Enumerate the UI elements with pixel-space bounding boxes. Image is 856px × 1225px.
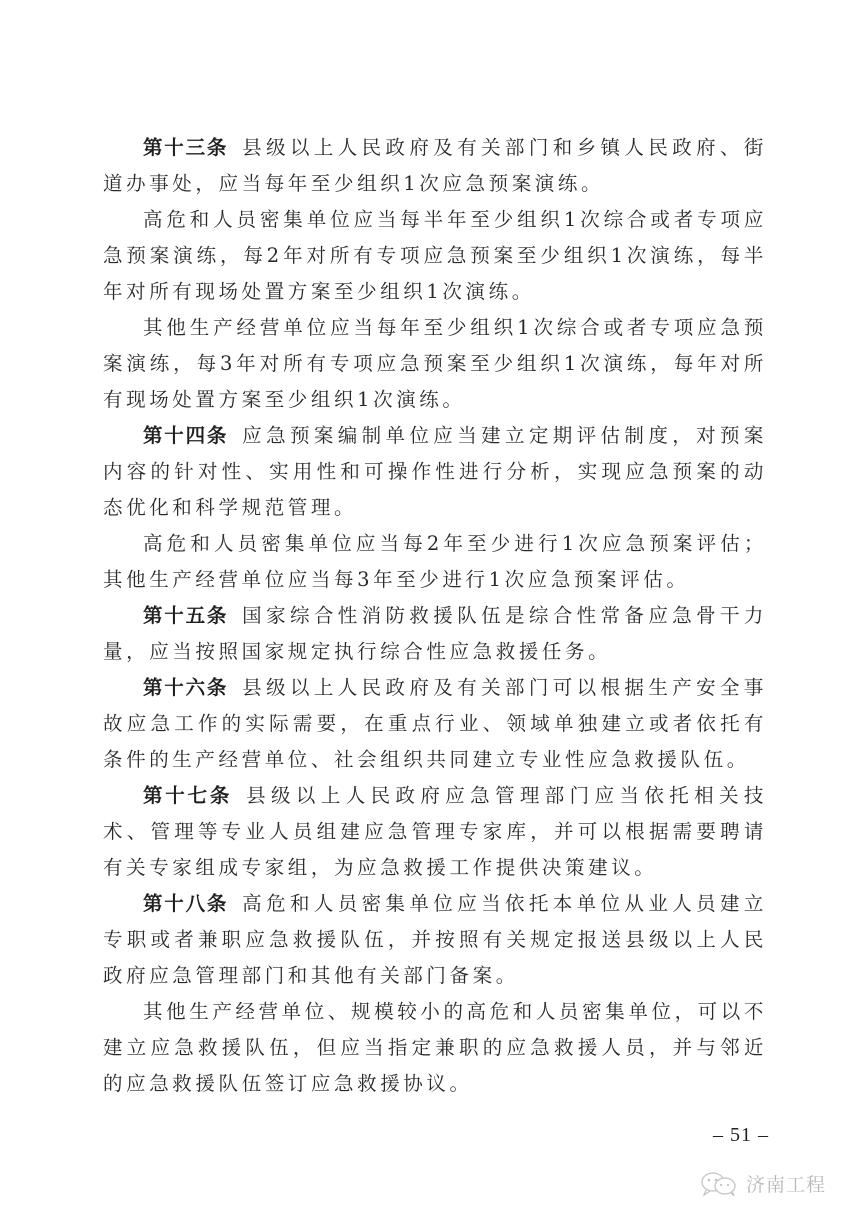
- paragraph-article-17: 第十七条县级以上人民政府应急管理部门应当依托相关技术、管理等专业人员组建应急管理…: [103, 778, 767, 886]
- watermark-text: 济南工程: [746, 1170, 826, 1197]
- article-number: 第十五条: [143, 604, 228, 627]
- paragraph-article-15: 第十五条国家综合性消防救援队伍是综合性常备应急骨干力量，应当按照国家规定执行综合…: [103, 598, 767, 670]
- paragraph-article-16: 第十六条县级以上人民政府及有关部门可以根据生产安全事故应急工作的实际需要，在重点…: [103, 670, 767, 778]
- article-number: 第十七条: [143, 784, 232, 807]
- paragraph-article-13: 第十三条县级以上人民政府及有关部门和乡镇人民政府、街道办事处，应当每年至少组织1…: [103, 130, 767, 202]
- article-number: 第十三条: [143, 136, 228, 159]
- paragraph-article-18: 第十八条高危和人员密集单位应当依托本单位从业人员建立专职或者兼职应急救援队伍，并…: [103, 886, 767, 994]
- paragraph-article-14: 第十四条应急预案编制单位应当建立定期评估制度，对预案内容的针对性、实用性和可操作…: [103, 418, 767, 526]
- paragraph-text: 高危和人员密集单位应当每半年至少组织1次综合或者专项应急预案演练，每2年对所有专…: [103, 208, 767, 303]
- paragraph-text: 其他生产经营单位应当每年至少组织1次综合或者专项应急预案演练，每3年对所有专项应…: [103, 316, 767, 411]
- article-number: 第十八条: [143, 892, 228, 915]
- paragraph-text: 其他生产经营单位、规模较小的高危和人员密集单位，可以不建立应急救援队伍，但应当指…: [103, 1000, 767, 1095]
- article-number: 第十四条: [143, 424, 228, 447]
- article-number: 第十六条: [143, 676, 228, 699]
- paragraph-text: 高危和人员密集单位应当每2年至少进行1次应急预案评估；其他生产经营单位应当每3年…: [103, 532, 767, 591]
- watermark: 济南工程: [700, 1170, 826, 1197]
- wechat-icon: [700, 1171, 740, 1197]
- paragraph: 高危和人员密集单位应当每2年至少进行1次应急预案评估；其他生产经营单位应当每3年…: [103, 526, 767, 598]
- page-number: – 51 –: [713, 1124, 769, 1147]
- paragraph: 其他生产经营单位应当每年至少组织1次综合或者专项应急预案演练，每3年对所有专项应…: [103, 310, 767, 418]
- paragraph: 高危和人员密集单位应当每半年至少组织1次综合或者专项应急预案演练，每2年对所有专…: [103, 202, 767, 310]
- paragraph: 其他生产经营单位、规模较小的高危和人员密集单位，可以不建立应急救援队伍，但应当指…: [103, 994, 767, 1102]
- document-body: 第十三条县级以上人民政府及有关部门和乡镇人民政府、街道办事处，应当每年至少组织1…: [103, 130, 767, 1102]
